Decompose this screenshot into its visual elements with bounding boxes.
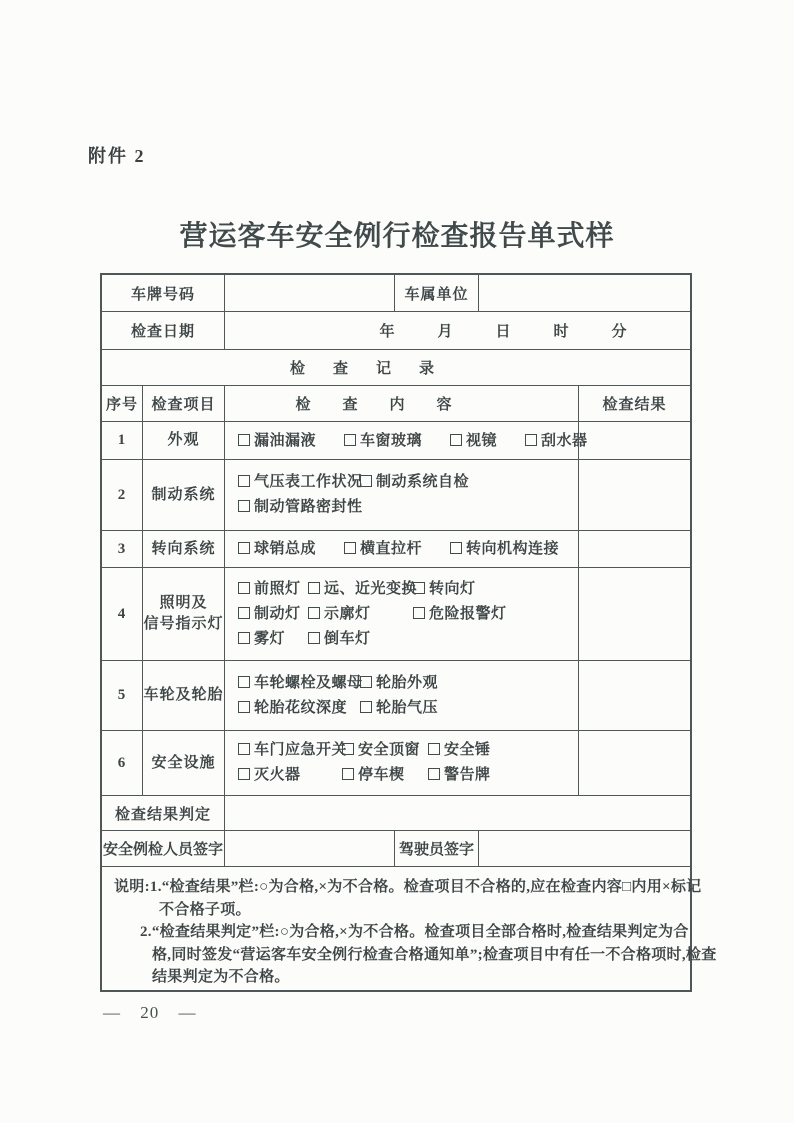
inspector-sign-field [224,831,394,866]
table-row-signatures: 安全例检人员签字 驾驶员签字 [102,830,690,866]
plate-number-label: 车牌号码 [102,275,224,311]
item-name: 外观 [142,422,224,459]
option-label: 制动系统自检 [376,474,469,490]
option-label: 灭火器 [254,767,301,783]
option-label: 车轮螺栓及螺母 [254,675,363,691]
content-line: 车轮螺栓及螺母 轮胎外观 [238,671,438,696]
note-line: 说明:1.“检查结果”栏:○为合格,×为不合格。检查项目不合格的,应在检查内容□… [114,876,701,899]
document-title: 营运客车安全例行检查报告单式样 [0,214,794,254]
option-label: 视镜 [466,433,497,449]
checkbox-option: 轮胎外观 [360,671,438,696]
checkbox-icon [238,743,250,755]
checkbox-icon [238,582,250,594]
table-row-date: 检查日期 年 月 日 时 分 [102,311,690,349]
item-content: 球销总成 横直拉杆 转向机构连接 [224,531,578,567]
option-label: 示廓灯 [324,606,371,622]
option-label: 球销总成 [254,541,316,557]
attachment-label: 附件 2 [88,142,146,168]
checkbox-icon [238,676,250,688]
item-result-field [578,568,690,660]
checkbox-icon [428,768,440,780]
checkbox-icon [360,475,372,487]
item-name: 安全设施 [142,731,224,795]
column-header-seq: 序号 [102,386,142,421]
option-label: 前照灯 [254,581,301,597]
table-row-item-5: 5 车轮及轮胎 车轮螺栓及螺母 轮胎外观 轮胎花纹深度 轮胎气压 [102,660,690,730]
checkbox-option: 横直拉杆 [344,537,422,561]
item-result-field [578,731,690,795]
column-header-result: 检查结果 [578,386,690,421]
checkbox-icon [413,607,425,619]
date-unit-minute: 分 [612,320,628,341]
section-header: 检查记录 [102,350,690,385]
checkbox-option: 停车楔 [342,763,428,788]
checkbox-option: 视镜 [450,429,497,453]
notes-block: 说明:1.“检查结果”栏:○为合格,×为不合格。检查项目不合格的,应在检查内容□… [102,867,727,990]
checkbox-option: 雾灯 [238,627,308,652]
option-label: 转向灯 [429,581,476,597]
table-row-item-1: 1 外观 漏油漏液 车窗玻璃 视镜 刮水器 [102,421,690,459]
item-name: 转向系统 [142,531,224,567]
plate-number-field [224,275,394,311]
checkbox-option: 漏油漏液 [238,429,316,453]
driver-sign-field [478,831,690,866]
checkbox-icon [525,434,537,446]
item-result-field [578,531,690,567]
checkbox-icon [238,701,250,713]
content-line: 漏油漏液 车窗玻璃 视镜 刮水器 [238,429,588,453]
content-line: 球销总成 横直拉杆 转向机构连接 [238,537,559,561]
table-row-notes: 说明:1.“检查结果”栏:○为合格,×为不合格。检查项目不合格的,应在检查内容□… [102,866,690,990]
option-label: 停车楔 [358,767,405,783]
item-name-text: 转向系统 [151,539,215,560]
checkbox-option: 倒车灯 [308,627,413,652]
checkbox-icon [238,768,250,780]
option-label: 制动管路密封性 [254,499,363,515]
column-header-item: 检查项目 [142,386,224,421]
checkbox-icon [308,632,320,644]
note-line: 2.“检查结果判定”栏:○为合格,×为不合格。检查项目全部合格时,检查结果判定为… [140,921,689,944]
item-name-text: 制动系统 [151,485,215,506]
checkbox-option: 灭火器 [238,763,342,788]
inspection-form-table: 车牌号码 车属单位 检查日期 年 月 日 时 分 检查记录 序号 检查项目 检查… [100,273,692,992]
item-seq: 5 [102,661,142,730]
checkbox-icon [238,500,250,512]
table-row-plate: 车牌号码 车属单位 [102,275,690,311]
page-number: — 20 — [103,1003,197,1023]
item-content: 车轮螺栓及螺母 轮胎外观 轮胎花纹深度 轮胎气压 [224,661,578,730]
item-content: 气压表工作状况 制动系统自检 制动管路密封性 [224,460,578,530]
item-result-field [578,460,690,530]
item-seq: 1 [102,422,142,459]
option-label: 轮胎花纹深度 [254,700,347,716]
checkbox-icon [413,582,425,594]
checkbox-option: 制动管路密封性 [238,495,360,520]
inspection-date-field: 年 月 日 时 分 [224,312,690,349]
option-label: 轮胎气压 [376,700,438,716]
checkbox-option: 制动系统自检 [360,470,469,495]
option-label: 安全锤 [444,742,491,758]
checkbox-option: 危险报警灯 [413,602,507,627]
date-unit-hour: 时 [554,320,570,341]
option-label: 气压表工作状况 [254,474,363,490]
note-line: 格,同时签发“营运客车安全例行检查合格通知单”;检查项目中有任一不合格项时,检查 [152,944,717,967]
owner-unit-field [478,275,690,311]
checkbox-icon [344,542,356,554]
checkbox-icon [342,743,354,755]
checkbox-option: 轮胎气压 [360,696,438,721]
checkbox-option: 示廓灯 [308,602,413,627]
content-line: 轮胎花纹深度 轮胎气压 [238,696,438,721]
checkbox-option: 轮胎花纹深度 [238,696,360,721]
checkbox-icon [344,434,356,446]
date-unit-day: 日 [495,320,511,341]
checkbox-icon [308,607,320,619]
option-label: 轮胎外观 [376,675,438,691]
table-row-section-header: 检查记录 [102,349,690,385]
content-line: 制动灯 示廓灯 危险报警灯 [238,602,507,627]
item-name: 制动系统 [142,460,224,530]
option-label: 雾灯 [254,631,285,647]
owner-unit-label: 车属单位 [394,275,478,311]
option-label: 车窗玻璃 [360,433,422,449]
option-label: 倒车灯 [324,631,371,647]
item-seq: 2 [102,460,142,530]
checkbox-option: 转向机构连接 [450,537,559,561]
table-row-judgement: 检查结果判定 [102,795,690,830]
date-unit-year: 年 [379,320,395,341]
option-label: 制动灯 [254,606,301,622]
option-label: 车门应急开关 [254,742,347,758]
table-row-item-4: 4 照明及 信号指示灯 前照灯 远、近光变换 转向灯 制动灯 示廓灯 危险报警灯… [102,567,690,660]
item-name-text: 照明及 [159,593,207,614]
item-seq: 3 [102,531,142,567]
judgement-field [224,796,690,830]
content-line: 气压表工作状况 制动系统自检 [238,470,469,495]
option-label: 危险报警灯 [429,606,507,622]
content-line: 制动管路密封性 [238,495,360,520]
checkbox-option: 气压表工作状况 [238,470,360,495]
content-line: 车门应急开关 安全顶窗 安全锤 [238,738,491,763]
table-row-item-6: 6 安全设施 车门应急开关 安全顶窗 安全锤 灭火器 停车楔 警告牌 [102,730,690,795]
checkbox-icon [238,434,250,446]
item-content: 漏油漏液 车窗玻璃 视镜 刮水器 [224,422,578,459]
checkbox-icon [238,632,250,644]
checkbox-option: 制动灯 [238,602,308,627]
checkbox-icon [308,582,320,594]
column-header-content: 检查内容 [224,386,578,421]
item-content: 前照灯 远、近光变换 转向灯 制动灯 示廓灯 危险报警灯 雾灯 倒车灯 [224,568,578,660]
item-name: 车轮及轮胎 [142,661,224,730]
checkbox-icon [238,475,250,487]
inspector-sign-label: 安全例检人员签字 [102,831,224,866]
table-row-item-2: 2 制动系统 气压表工作状况 制动系统自检 制动管路密封性 [102,459,690,530]
date-unit-month: 月 [437,320,453,341]
checkbox-option: 警告牌 [428,763,491,788]
checkbox-icon [360,701,372,713]
option-label: 安全顶窗 [358,742,420,758]
item-seq: 4 [102,568,142,660]
table-row-item-3: 3 转向系统 球销总成 横直拉杆 转向机构连接 [102,530,690,567]
item-name: 照明及 信号指示灯 [142,568,224,660]
checkbox-icon [450,434,462,446]
inspection-date-label: 检查日期 [102,312,224,349]
checkbox-option: 车轮螺栓及螺母 [238,671,360,696]
option-label: 警告牌 [444,767,491,783]
checkbox-icon [450,542,462,554]
content-line: 灭火器 停车楔 警告牌 [238,763,491,788]
note-line: 结果判定为不合格。 [152,966,290,989]
checkbox-icon [238,607,250,619]
option-label: 横直拉杆 [360,541,422,557]
item-seq: 6 [102,731,142,795]
table-row-column-headers: 序号 检查项目 检查内容 检查结果 [102,385,690,421]
checkbox-icon [238,542,250,554]
item-result-field [578,422,690,459]
checkbox-option: 转向灯 [413,577,476,602]
option-label: 漏油漏液 [254,433,316,449]
item-name-text: 信号指示灯 [143,614,223,635]
checkbox-option: 远、近光变换 [308,577,413,602]
item-result-field [578,661,690,730]
checkbox-option: 安全锤 [428,738,491,763]
checkbox-option: 球销总成 [238,537,316,561]
option-label: 转向机构连接 [466,541,559,557]
checkbox-icon [360,676,372,688]
item-name-text: 车轮及轮胎 [143,685,223,706]
option-label: 远、近光变换 [324,581,417,597]
content-line: 雾灯 倒车灯 [238,627,413,652]
item-content: 车门应急开关 安全顶窗 安全锤 灭火器 停车楔 警告牌 [224,731,578,795]
checkbox-icon [428,743,440,755]
checkbox-option: 安全顶窗 [342,738,428,763]
driver-sign-label: 驾驶员签字 [394,831,478,866]
judgement-label: 检查结果判定 [102,796,224,830]
scanned-document-page: 附件 2 营运客车安全例行检查报告单式样 车牌号码 车属单位 检查日期 年 月 … [0,0,794,1123]
checkbox-option: 车窗玻璃 [344,429,422,453]
checkbox-option: 前照灯 [238,577,308,602]
item-name-text: 安全设施 [151,753,215,774]
note-line: 不合格子项。 [159,899,251,922]
checkbox-option: 车门应急开关 [238,738,342,763]
content-line: 前照灯 远、近光变换 转向灯 [238,577,476,602]
checkbox-icon [342,768,354,780]
item-name-text: 外观 [167,430,199,451]
